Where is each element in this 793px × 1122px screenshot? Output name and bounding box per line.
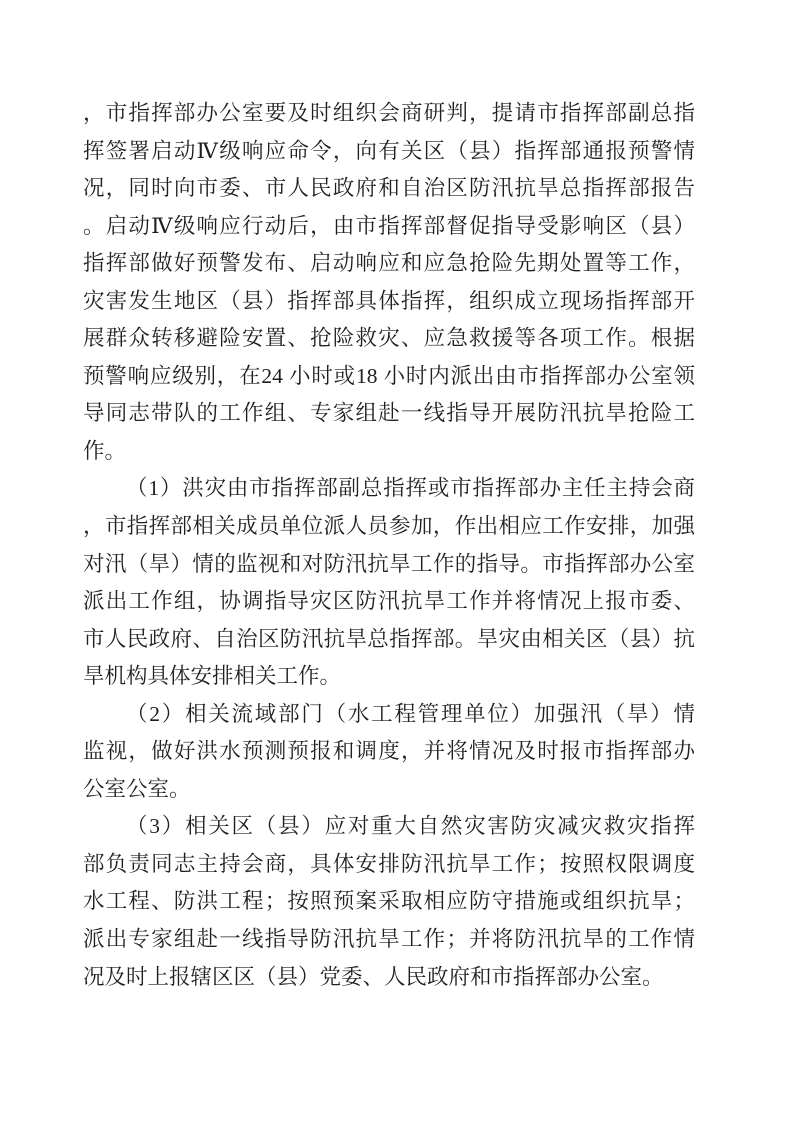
text-line: （1）洪灾由市指挥部副总指挥或市指挥部办主任主持会商: [83, 470, 695, 508]
text-line: （3）相关区（县）应对重大自然灾害防灾减灾救灾指挥: [83, 808, 695, 846]
text-line: 监视，做好洪水预测预报和调度，并将情况及时报市指挥部办: [83, 733, 695, 771]
text-line: ，市指挥部相关成员单位派人员参加，作出相应工作安排，加强: [83, 508, 695, 546]
text-line: 水工程、防洪工程；按照预案采取相应防守措施或组织抗旱；: [83, 883, 695, 921]
text-line: 对汛（旱）情的监视和对防汛抗旱工作的指导。市指挥部办公室: [83, 546, 695, 584]
text-line: 挥签署启动Ⅳ级响应命令，向有关区（县）指挥部通报预警情: [83, 133, 695, 171]
text-line: 派出工作组，协调指导灾区防汛抗旱工作并将情况上报市委、: [83, 583, 695, 621]
text-line: 况及时上报辖区区（县）党委、人民政府和市指挥部办公室。: [83, 959, 695, 997]
text-line: 部负责同志主持会商，具体安排防汛抗旱工作；按照权限调度: [83, 846, 695, 884]
document-page: ，市指挥部办公室要及时组织会商研判，提请市指挥部副总指挥签署启动Ⅳ级响应命令，向…: [0, 0, 793, 1122]
text-line: 灾害发生地区（县）指挥部具体指挥，组织成立现场指挥部开: [83, 283, 695, 321]
text-block: ，市指挥部办公室要及时组织会商研判，提请市指挥部副总指挥签署启动Ⅳ级响应命令，向…: [83, 95, 695, 996]
text-line: ，市指挥部办公室要及时组织会商研判，提请市指挥部副总指: [83, 95, 695, 133]
text-line: 派出专家组赴一线指导防汛抗旱工作；并将防汛抗旱的工作情: [83, 921, 695, 959]
text-line: 预警响应级别，在24 小时或18 小时内派出由市指挥部办公室领: [83, 358, 695, 396]
text-line: 导同志带队的工作组、专家组赴一线指导开展防汛抗旱抢险工: [83, 395, 695, 433]
text-line: 况，同时向市委、市人民政府和自治区防汛抗旱总指挥部报告: [83, 170, 695, 208]
text-line: 。启动Ⅳ级响应行动后，由市指挥部督促指导受影响区（县）: [83, 208, 695, 246]
text-line: 市人民政府、自治区防汛抗旱总指挥部。旱灾由相关区（县）抗: [83, 621, 695, 659]
text-line: 作。: [83, 433, 695, 471]
text-line: 指挥部做好预警发布、启动响应和应急抢险先期处置等工作，: [83, 245, 695, 283]
text-line: （2）相关流域部门（水工程管理单位）加强汛（旱）情: [83, 696, 695, 734]
text-line: 展群众转移避险安置、抢险救灾、应急救援等各项工作。根据: [83, 320, 695, 358]
text-line: 旱机构具体安排相关工作。: [83, 658, 695, 696]
text-line: 公室公室。: [83, 771, 695, 809]
